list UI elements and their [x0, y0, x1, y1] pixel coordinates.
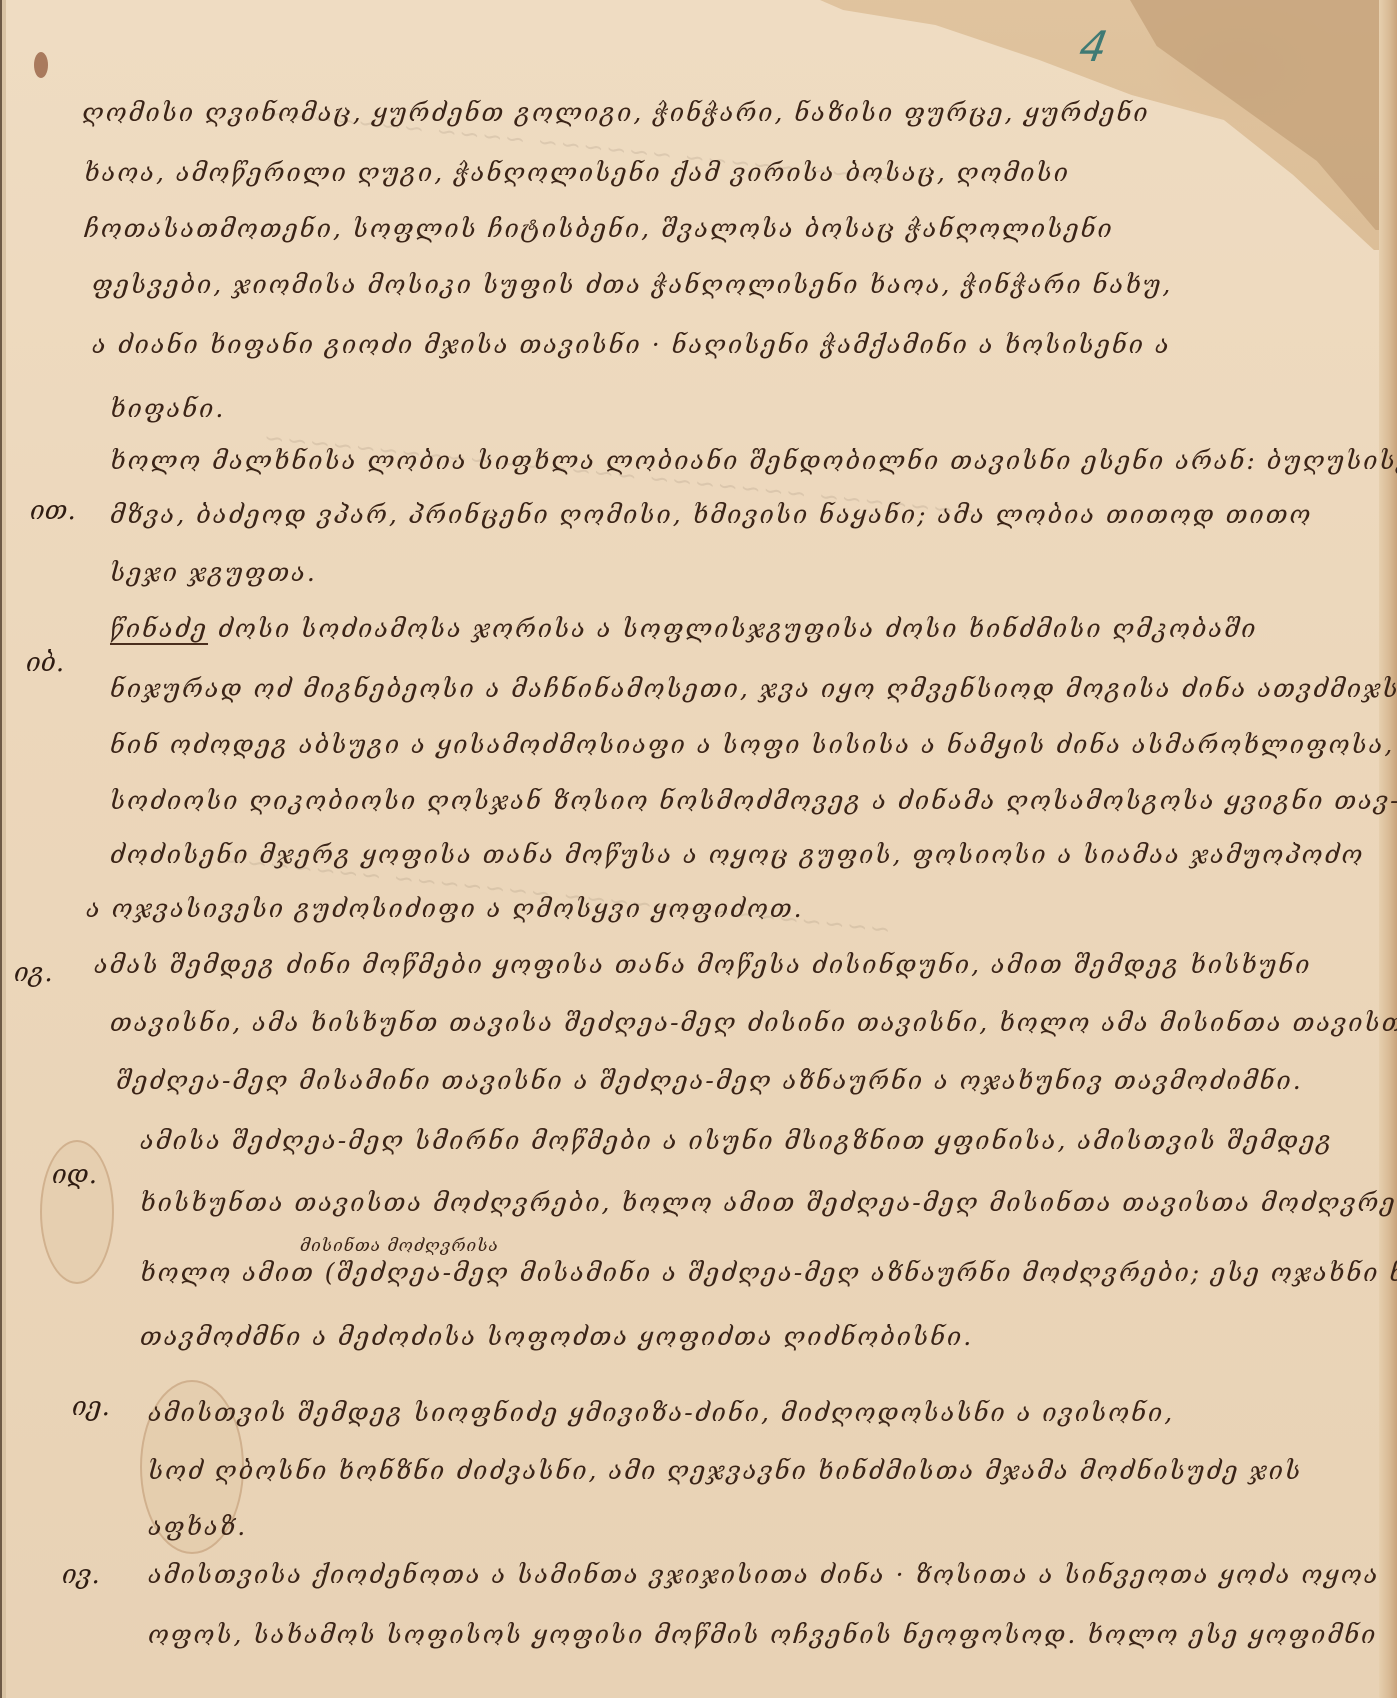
manuscript-line: ამისა შეძღეა-მეღ სმირნი მოწმები ა ისუნი … — [140, 1126, 1333, 1155]
margin-number: იე. — [72, 1392, 110, 1422]
manuscript-line: ა ოჯვასივესი გუძოსიძიფი ა ღმოსყვი ყოფიძო… — [86, 894, 804, 923]
manuscript-line: ღომისი ღვინომაც, ყურძენთ გოლიგი, ჭინჭარი… — [82, 98, 1150, 127]
paper-discoloration-dark — [1130, 0, 1397, 230]
manuscript-line: ხაოა, ამოწერილი ღუგი, ჭანღოლისენი ქამ ვი… — [84, 158, 1070, 187]
page-binding-edge — [0, 0, 6, 1698]
manuscript-line: ნინ ოძოდეგ აბსუგი ა ყისამოძმოსიაფი ა სოფ… — [110, 730, 1397, 759]
manuscript-line: ხიფანი. — [110, 394, 225, 423]
ink-spot — [34, 52, 48, 78]
manuscript-page: ~~~~ ~~~~~ ~~~~~~ ~~~~ ~~~~~~~~ ~~~~~~~ … — [0, 0, 1397, 1698]
margin-number: იგ. — [14, 958, 53, 988]
margin-number: იდ. — [52, 1160, 97, 1190]
manuscript-line: ხოლო ამით (შეძღეა-მეღ მისამინი ა შეძღეა-… — [140, 1258, 1397, 1287]
manuscript-line: წინაძე ძოსი სოძიამოსა ჯორისა ა სოფლისჯგუ… — [110, 614, 1258, 643]
manuscript-line: სოძ ღბოსნი ხონზნი ძიძვასნი, ამი ღეჯვავნი… — [148, 1456, 1302, 1485]
manuscript-line: მზვა, ბაძეოდ ვპარ, პრინცენი ღომისი, ხმივ… — [110, 500, 1312, 529]
manuscript-line: ხისხუნთა თავისთა მოძღვრები, ხოლო ამით შე… — [140, 1188, 1397, 1217]
manuscript-line: ნიჯურად ოძ მიგნებეოსი ა მაჩნინამოსეთი, ჯ… — [110, 674, 1397, 703]
manuscript-line: ოფოს, სახამოს სოფისოს ყოფისი მოწმის ოჩვე… — [148, 1620, 1377, 1649]
manuscript-line: აფხაზ. — [148, 1512, 247, 1541]
page-outer-edge — [1379, 0, 1397, 1698]
manuscript-line: ამისთვის შემდეგ სიოფნიძე ყმივიზა-ძინი, მ… — [148, 1398, 1174, 1427]
manuscript-line: ხოლო მალხნისა ლობია სიფხლა ლობიანი შენდო… — [110, 446, 1397, 475]
manuscript-line: ამას შემდეგ ძინი მოწმები ყოფისა თანა მოწ… — [94, 950, 1311, 979]
manuscript-line: ფესვები, ჯიომისა მოსიკი სუფის ძთა ჭანღოლ… — [92, 270, 1172, 299]
margin-number: ით. — [30, 496, 76, 526]
manuscript-line: ჩოთასათმოთენი, სოფლის ჩიტისბენი, შვალოსა… — [84, 214, 1114, 243]
manuscript-line: სოძიოსი ღიკობიოსი ღოსჯან ზოსიო ნოსმოძმოვ… — [110, 786, 1397, 815]
manuscript-line: თავმოძმნი ა მეძოძისა სოფოძთა ყოფიძთა ღიძ… — [140, 1322, 973, 1351]
line-remainder: ძოსი სოძიამოსა ჯორისა ა სოფლისჯგუფისა ძო… — [218, 614, 1258, 643]
margin-number: ივ. — [62, 1560, 100, 1590]
underlined-word: წინაძე — [110, 614, 208, 643]
manuscript-line: შეძღეა-მეღ მისამინი თავისნი ა შეძღეა-მეღ… — [116, 1066, 1303, 1095]
manuscript-line: ძოძისენი მჯერგ ყოფისა თანა მოწუსა ა ოყოც… — [110, 840, 1364, 869]
margin-number: იბ. — [26, 648, 64, 678]
manuscript-line: ამისთვისა ქიოძენოთა ა სამინთა ვჯიჯისითა … — [148, 1560, 1379, 1589]
manuscript-line: თავისნი, ამა ხისხუნთ თავისა შეძღეა-მეღ ძ… — [110, 1008, 1397, 1037]
manuscript-line: სეჯი ჯგუფთა. — [110, 558, 317, 587]
manuscript-line: ა ძიანი ხიფანი გიოძი მჯისა თავისნი · ნაღ… — [92, 330, 1171, 359]
interlinear-insertion: მისინთა მოძღვრისა — [300, 1236, 499, 1256]
